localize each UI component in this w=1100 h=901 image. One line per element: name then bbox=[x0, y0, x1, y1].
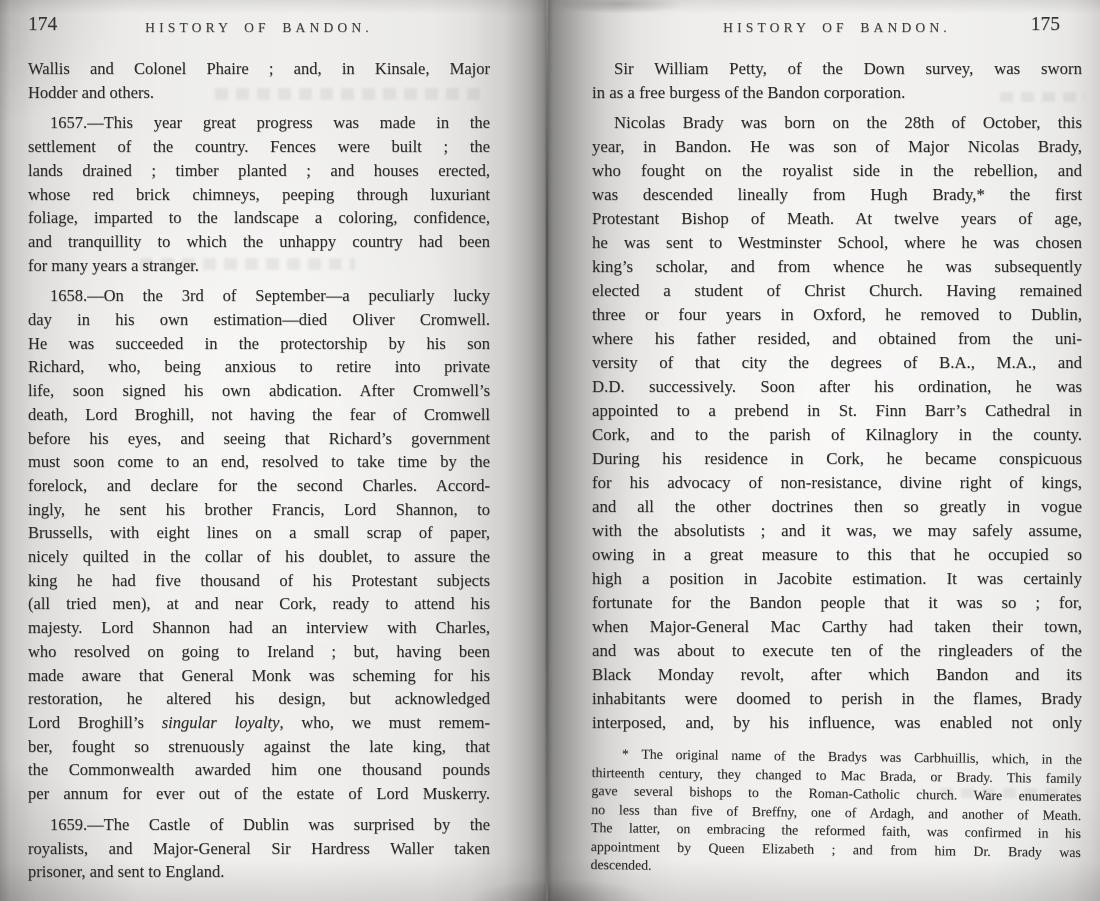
text-line: restoration, he altered his design, but … bbox=[28, 687, 490, 711]
text-line: the Commonwealth awarded him one thousan… bbox=[28, 758, 490, 782]
page-number-left: 174 bbox=[28, 14, 57, 36]
text-line: when Major-General Mac Carthy had taken … bbox=[592, 615, 1082, 639]
text-line: nicely quilted in the collar of his doub… bbox=[28, 545, 490, 569]
left-page: 174 HISTORY OF BANDON. Wallis and Colone… bbox=[28, 14, 490, 891]
text-line: inhabitants were doomed to perish in the… bbox=[592, 687, 1082, 711]
text-line: made aware that General Monk was schemin… bbox=[28, 664, 490, 688]
right-page-body: Sir William Petty, of the Down survey, w… bbox=[592, 57, 1082, 735]
text-line: life, soon signed his own abdication. Af… bbox=[28, 379, 490, 403]
text-line: appointed to a prebend in St. Finn Barr’… bbox=[592, 399, 1082, 423]
text-line: king he had five thousand of his Protest… bbox=[28, 569, 490, 593]
text-line: majesty. Lord Shannon had an interview w… bbox=[28, 616, 490, 640]
text-line: lands drained ; timber planted ; and hou… bbox=[28, 159, 490, 183]
text-line: ber, fought so strenuously against the l… bbox=[28, 735, 490, 759]
text-line: with the absolutists ; and it was, we ma… bbox=[592, 519, 1082, 543]
text-line: He was succeeded in the protectorship by… bbox=[28, 332, 490, 356]
text-line: per annum for ever out of the estate of … bbox=[28, 782, 490, 806]
text-line: year, in Bandon. He was son of Major Nic… bbox=[592, 135, 1082, 159]
left-page-body: Wallis and Colonel Phaire ; and, in Kins… bbox=[28, 57, 490, 884]
right-page: HISTORY OF BANDON. 175 Sir William Petty… bbox=[592, 14, 1082, 887]
text-line: 1659.—The Castle of Dublin was surprised… bbox=[28, 813, 490, 837]
text-line: day in his own estimation—died Oliver Cr… bbox=[28, 308, 490, 332]
book-scan: 174 HISTORY OF BANDON. Wallis and Colone… bbox=[0, 0, 1100, 901]
paragraph: 1658.—On the 3rd of September—a peculiar… bbox=[28, 284, 490, 805]
text-line: and tranquillity to which the unhappy co… bbox=[28, 230, 490, 254]
text-line: interposed, and, by his influence, was e… bbox=[592, 711, 1082, 735]
right-page-header: HISTORY OF BANDON. 175 bbox=[592, 14, 1082, 40]
text-line: elected a student of Christ Church. Havi… bbox=[592, 279, 1082, 303]
paragraph: Nicolas Brady was born on the 28th of Oc… bbox=[592, 111, 1082, 735]
text-line: settlement of the country. Fences were b… bbox=[28, 135, 490, 159]
text-line: D.D. successively. Soon after his ordina… bbox=[592, 375, 1082, 399]
text-line: was descended lineally from Hugh Brady,*… bbox=[592, 183, 1082, 207]
text-line: owing in a great measure to this that he… bbox=[592, 543, 1082, 567]
text-line: Cork, and to the parish of Kilnaglory in… bbox=[592, 423, 1082, 447]
gutter-crease bbox=[546, 0, 548, 901]
text-line: foliage, imparted to the landscape a col… bbox=[28, 206, 490, 230]
text-line: for his advocacy of non-resistance, divi… bbox=[592, 471, 1082, 495]
text-line: Sir William Petty, of the Down survey, w… bbox=[592, 57, 1082, 81]
text-line: forelock, and declare for the second Cha… bbox=[28, 474, 490, 498]
text-line: in as a free burgess of the Bandon corpo… bbox=[592, 81, 1082, 105]
text-line: Lord Broghill’s singular loyalty, who, w… bbox=[28, 711, 490, 735]
text-line: must soon come to an end, resolved to ta… bbox=[28, 450, 490, 474]
paragraph: Wallis and Colonel Phaire ; and, in Kins… bbox=[28, 57, 490, 104]
text-line: who resolved on going to Ireland ; but, … bbox=[28, 640, 490, 664]
text-line: (all tried men), at and near Cork, ready… bbox=[28, 592, 490, 616]
text-line: whose red brick chimneys, peeping throug… bbox=[28, 183, 490, 207]
text-line: before his eyes, and seeing that Richard… bbox=[28, 427, 490, 451]
text-line: fortunate for the Bandon people that it … bbox=[592, 591, 1082, 615]
left-page-header: 174 HISTORY OF BANDON. bbox=[28, 14, 490, 40]
page-number-right: 175 bbox=[1031, 14, 1060, 36]
text-line: and was about to execute ten of the ring… bbox=[592, 639, 1082, 663]
text-line: three or four years in Oxford, he remove… bbox=[592, 303, 1082, 327]
text-line: who fought on the royalist side in the r… bbox=[592, 159, 1082, 183]
text-line: 1657.—This year great progress was made … bbox=[28, 111, 490, 135]
text-line: ingly, he sent his brother Francis, Lord… bbox=[28, 498, 490, 522]
text-line: and all the other doctrines then so grea… bbox=[592, 495, 1082, 519]
text-line: royalists, and Major-General Sir Hardres… bbox=[28, 837, 490, 861]
text-line: prisoner, and sent to England. bbox=[28, 860, 490, 884]
text-line: king’s scholar, and from whence he was s… bbox=[592, 255, 1082, 279]
paragraph: * The original name of the Bradys was Ca… bbox=[590, 745, 1082, 880]
footnote: * The original name of the Bradys was Ca… bbox=[590, 745, 1082, 880]
text-line: high a position in Jacobite estimation. … bbox=[592, 567, 1082, 591]
text-line: for many years a stranger. bbox=[28, 254, 490, 278]
text-line: versity of that city the degrees of B.A.… bbox=[592, 351, 1082, 375]
text-line: Hodder and others. bbox=[28, 81, 490, 105]
text-line: Richard, who, being anxious to retire in… bbox=[28, 355, 490, 379]
text-line: Protestant Bishop of Meath. At twelve ye… bbox=[592, 207, 1082, 231]
text-line: where his father resided, and obtained f… bbox=[592, 327, 1082, 351]
text-line: Wallis and Colonel Phaire ; and, in Kins… bbox=[28, 57, 490, 81]
running-header-right: HISTORY OF BANDON. bbox=[592, 14, 1082, 36]
text-line: 1658.—On the 3rd of September—a peculiar… bbox=[28, 284, 490, 308]
paragraph: 1657.—This year great progress was made … bbox=[28, 111, 490, 277]
paragraph: Sir William Petty, of the Down survey, w… bbox=[592, 57, 1082, 105]
text-line: death, Lord Broghill, not having the fea… bbox=[28, 403, 490, 427]
paragraph: 1659.—The Castle of Dublin was surprised… bbox=[28, 813, 490, 884]
text-line: Nicolas Brady was born on the 28th of Oc… bbox=[592, 111, 1082, 135]
running-header-left: HISTORY OF BANDON. bbox=[28, 14, 490, 36]
text-line: During his residence in Cork, he became … bbox=[592, 447, 1082, 471]
text-line: he was sent to Westminster School, where… bbox=[592, 231, 1082, 255]
text-line: Brussells, with eight lines on a small s… bbox=[28, 521, 490, 545]
text-line: Black Monday revolt, after which Bandon … bbox=[592, 663, 1082, 687]
